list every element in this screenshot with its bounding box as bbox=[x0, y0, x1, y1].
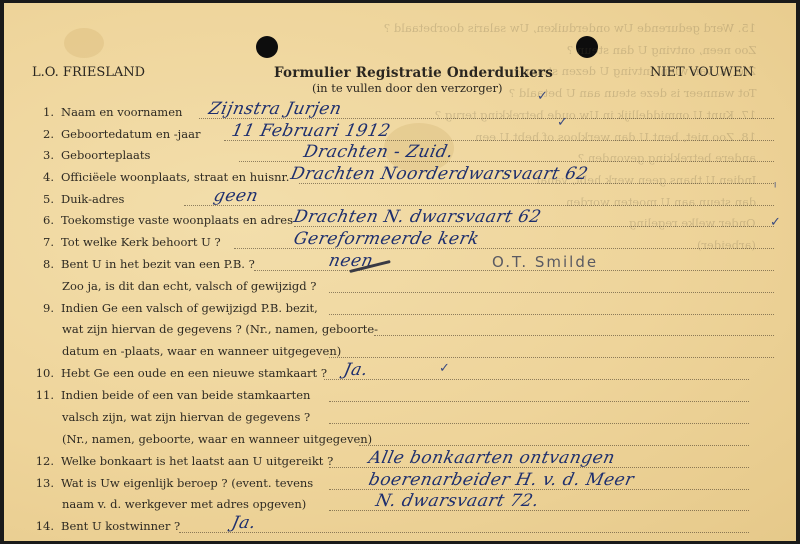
question-label: Hebt Ge een oude en een nieuwe stamkaart… bbox=[61, 366, 327, 380]
question-label: Zoo ja, is dit dan echt, valsch of gewij… bbox=[62, 279, 316, 293]
handwritten-answer: Drachten N. dwarsvaart 62 bbox=[292, 207, 543, 227]
question-label: Indien beide of een van beide stamkaarte… bbox=[61, 388, 310, 402]
question-number: 8. bbox=[30, 257, 54, 271]
question-label: Officiëele woonplaats, straat en huisnr. bbox=[61, 170, 289, 184]
question-label: naam v. d. werkgever met adres opgeven) bbox=[62, 497, 306, 511]
question-number: 5. bbox=[30, 192, 54, 206]
question-row: 7.Tot welke Kerk behoort U ?Gereformeerd… bbox=[4, 235, 796, 253]
check-mark: ✓ bbox=[557, 115, 568, 130]
answer-line bbox=[324, 379, 749, 380]
registration-form-card: 15. Werd gedurende Uw onderduiken, Uw sa… bbox=[4, 3, 796, 541]
question-label: Bent U kostwinner ? bbox=[61, 519, 180, 533]
question-number: 13. bbox=[30, 476, 54, 490]
question-row: valsch zijn, wat zijn hiervan de gegeven… bbox=[4, 410, 796, 428]
answer-line bbox=[179, 532, 749, 533]
question-row: 4.Officiëele woonplaats, straat en huisn… bbox=[4, 170, 796, 188]
handwritten-answer: Drachten Noorderdwarsvaart 62 bbox=[289, 164, 590, 184]
question-number: 9. bbox=[30, 301, 54, 315]
question-row: wat zijn hiervan de gegevens ? (Nr., nam… bbox=[4, 322, 796, 340]
question-number: 14. bbox=[30, 519, 54, 533]
question-label: Wat is Uw eigenlijk beroep ? (event. tev… bbox=[61, 476, 313, 490]
answer-line bbox=[184, 205, 774, 206]
pencil-note: O.T. Smilde bbox=[492, 253, 598, 271]
do-not-fold-notice: NIET VOUWEN bbox=[650, 65, 754, 80]
answer-line bbox=[329, 401, 749, 402]
check-mark: ✓ bbox=[537, 89, 548, 104]
handwritten-answer: N. dwarsvaart 72. bbox=[374, 491, 541, 511]
question-row: 11.Indien beide of een van beide stamkaa… bbox=[4, 388, 796, 406]
mirrored-text-line: 15. Werd gedurende Uw onderduiken, Uw sa… bbox=[384, 21, 756, 35]
question-row: Zoo ja, is dit dan echt, valsch of gewij… bbox=[4, 279, 796, 297]
question-label: Bent U in het bezit van een P.B. ? bbox=[61, 257, 255, 271]
question-row: 1.Naam en voornamenZijnstra Jurjen bbox=[4, 105, 796, 123]
question-number: 1. bbox=[30, 105, 54, 119]
question-label: datum en -plaats, waar en wanneer uitgeg… bbox=[62, 344, 341, 358]
mirrored-text-line: Zoo neen, ontving U dan steun ? bbox=[567, 43, 756, 57]
question-row: 8.Bent U in het bezit van een P.B. ?neen… bbox=[4, 257, 796, 275]
handwritten-answer: Zijnstra Jurjen bbox=[207, 99, 344, 119]
question-number: 12. bbox=[30, 454, 54, 468]
question-row: 10.Hebt Ge een oude en een nieuwe stamka… bbox=[4, 366, 796, 384]
handwritten-answer: Drachten - Zuid. bbox=[302, 142, 456, 162]
handwritten-answer: Gereformeerde kerk bbox=[292, 229, 481, 249]
answer-line bbox=[329, 314, 774, 315]
handwritten-answer: Alle bonkaarten ontvangen bbox=[367, 448, 617, 468]
paper-stain bbox=[64, 28, 104, 58]
question-number: 2. bbox=[30, 127, 54, 141]
answer-line bbox=[329, 357, 774, 358]
question-label: Geboorteplaats bbox=[61, 148, 150, 162]
question-number: 6. bbox=[30, 213, 54, 227]
answer-line bbox=[359, 445, 749, 446]
answer-line bbox=[329, 423, 749, 424]
answer-line bbox=[329, 292, 774, 293]
check-mark: ˡ bbox=[774, 181, 776, 196]
form-subtitle: (in te vullen door den verzorger) bbox=[312, 81, 502, 95]
question-number: 4. bbox=[30, 170, 54, 184]
organization-label: L.O. FRIESLAND bbox=[32, 65, 145, 80]
handwritten-answer: 11 Februari 1912 bbox=[230, 121, 393, 141]
question-label: Tot welke Kerk behoort U ? bbox=[61, 235, 221, 249]
question-number: 10. bbox=[30, 366, 54, 380]
question-row: 9.Indien Ge een valsch of gewijzigd P.B.… bbox=[4, 301, 796, 319]
question-number: 3. bbox=[30, 148, 54, 162]
question-label: Naam en voornamen bbox=[61, 105, 182, 119]
question-row: naam v. d. werkgever met adres opgeven)N… bbox=[4, 497, 796, 515]
check-mark: ✓ bbox=[770, 215, 781, 230]
question-label: Geboortedatum en -jaar bbox=[61, 127, 200, 141]
question-number: 7. bbox=[30, 235, 54, 249]
handwritten-answer: Ja. bbox=[230, 513, 258, 533]
question-label: Duik-adres bbox=[61, 192, 124, 206]
question-label: Indien Ge een valsch of gewijzigd P.B. b… bbox=[61, 301, 318, 315]
punch-hole bbox=[256, 36, 278, 58]
question-number: 11. bbox=[30, 388, 54, 402]
question-label: (Nr., namen, geboorte, waar en wanneer u… bbox=[62, 432, 372, 446]
form-title: Formulier Registratie Onderduikers bbox=[274, 65, 553, 81]
answer-line bbox=[374, 335, 774, 336]
handwritten-answer: geen bbox=[212, 186, 260, 206]
question-label: valsch zijn, wat zijn hiervan de gegeven… bbox=[62, 410, 310, 424]
handwritten-answer: Ja. bbox=[342, 360, 370, 380]
question-label: wat zijn hiervan de gegevens ? (Nr., nam… bbox=[62, 322, 378, 336]
question-row: 14.Bent U kostwinner ?Ja. bbox=[4, 519, 796, 537]
question-label: Welke bonkaart is het laatst aan U uitge… bbox=[61, 454, 333, 468]
question-row: datum en -plaats, waar en wanneer uitgeg… bbox=[4, 344, 796, 362]
check-mark: ✓ bbox=[439, 361, 450, 376]
handwritten-answer: boerenarbeider H. v. d. Meer bbox=[367, 470, 636, 490]
question-label: Toekomstige vaste woonplaats en adres bbox=[61, 213, 293, 227]
